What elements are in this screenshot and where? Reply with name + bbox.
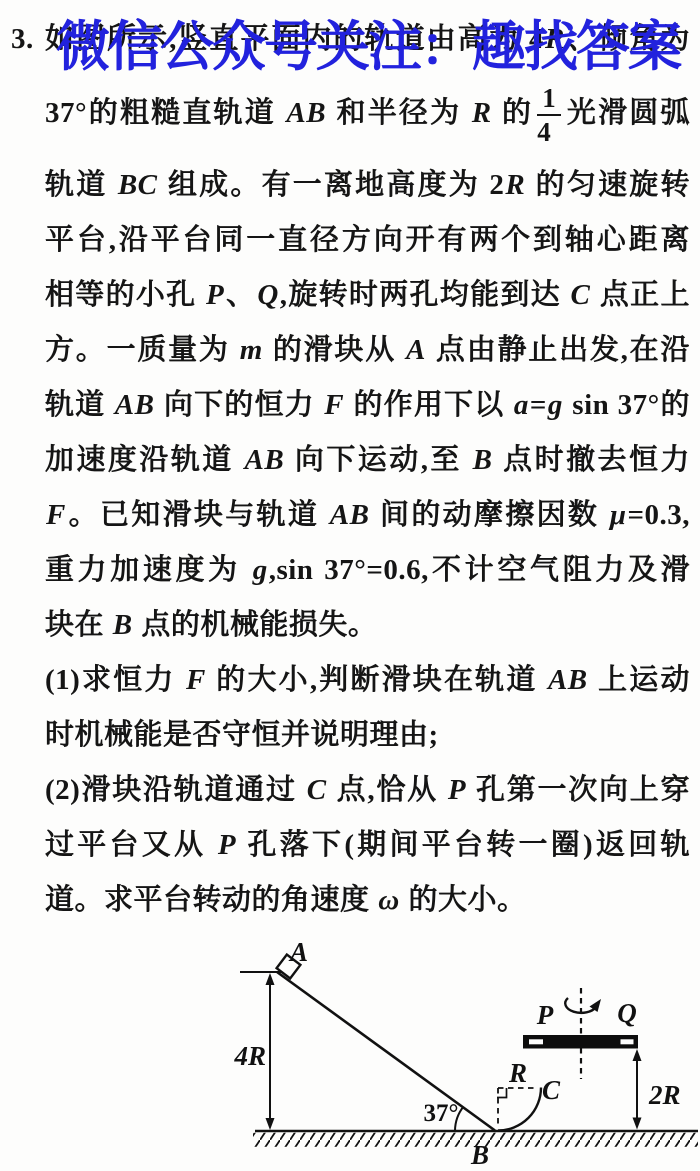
text-line-3: 轨道 BC 组成。有一离地高度为 2R 的匀速旋转 (45, 158, 690, 213)
label-c: C (542, 1075, 561, 1105)
fraction-denominator: 4 (537, 116, 561, 147)
problem-number: 3. (11, 10, 34, 68)
text-line-10: 重力加速度为 g,sin 37°=0.6,不计空气阻力及滑 (45, 543, 690, 598)
line-11-text: 块在 B 点的机械能损失。 (45, 609, 377, 641)
label-p: P (536, 1000, 554, 1030)
line-8-text: 加速度沿轨道 AB 向下运动,至 B 点时撤去恒力 (45, 444, 690, 476)
rotation-arrow-icon (565, 998, 601, 1013)
text-line-11: 块在 B 点的机械能损失。 (45, 598, 690, 653)
label-q: Q (617, 998, 637, 1028)
line-4-text: 平台,沿平台同一直径方向开有两个到轴心距离 (45, 224, 690, 256)
line-10-text: 重力加速度为 g,sin 37°=0.6,不计空气阻力及滑 (45, 554, 690, 586)
line-7-text: 轨道 AB 向下的恒力 F 的作用下以 a=g sin 37°的 (45, 389, 690, 421)
line-2-pre: 37°的粗糙直轨道 AB 和半径为 R 的 (45, 97, 533, 129)
hole-q (621, 1039, 634, 1044)
arc-bc (498, 1088, 541, 1131)
hole-p (529, 1039, 543, 1044)
watermark-text: 微信公众号关注：趣找答案 (56, 4, 680, 81)
text-line-4: 平台,沿平台同一直径方向开有两个到轴心距离 (45, 213, 690, 268)
text-line-15: 过平台又从 P 孔落下(期间平台转一圈)返回轨 (45, 818, 690, 873)
line-16-text: 道。求平台转动的角速度 ω 的大小。 (45, 884, 527, 916)
line-14-text: (2)滑块沿轨道通过 C 点,恰从 P 孔第一次向上穿 (45, 774, 690, 806)
label-a: A (288, 937, 308, 967)
line-2-post: 光滑圆弧 (565, 97, 690, 129)
label-2r: 2R (648, 1080, 681, 1110)
line-6-text: 方。一质量为 m 的滑块从 A 点由静止出发,在沿 (45, 334, 690, 366)
line-12-text: (1)求恒力 F 的大小,判断滑块在轨道 AB 上运动 (45, 664, 690, 696)
line-13-text: 时机械能是否守恒并说明理由; (45, 719, 439, 751)
angle-label: 37° (424, 1100, 459, 1127)
height-arrow-2r (633, 1049, 642, 1130)
physics-diagram: A 4R 37° R C P Q 2R B (0, 915, 700, 1171)
problem-text: 3.如图所示,竖直平面内的轨道由高为 4R、倾角为 37°的粗糙直轨道 AB 和… (0, 10, 700, 928)
text-line-13: 时机械能是否守恒并说明理由; (45, 708, 690, 763)
text-line-14: (2)滑块沿轨道通过 C 点,恰从 P 孔第一次向上穿 (45, 763, 690, 818)
fraction-one-fourth: 14 (537, 83, 561, 147)
text-line-8: 加速度沿轨道 AB 向下运动,至 B 点时撤去恒力 (45, 433, 690, 488)
fraction-numerator: 1 (537, 83, 561, 116)
height-arrow-4r (266, 973, 275, 1130)
label-r: R (508, 1058, 527, 1088)
line-15-text: 过平台又从 P 孔落下(期间平台转一圈)返回轨 (45, 829, 690, 861)
text-line-6: 方。一质量为 m 的滑块从 A 点由静止出发,在沿 (45, 323, 690, 378)
line-5-text: 相等的小孔 P、Q,旋转时两孔均能到达 C 点正上 (45, 279, 690, 311)
text-line-16: 道。求平台转动的角速度 ω 的大小。 (45, 873, 690, 928)
text-line-5: 相等的小孔 P、Q,旋转时两孔均能到达 C 点正上 (45, 268, 690, 323)
line-3-text: 轨道 BC 组成。有一离地高度为 2R 的匀速旋转 (45, 169, 690, 201)
text-line-9: F。已知滑块与轨道 AB 间的动摩擦因数 μ=0.3, (45, 488, 690, 543)
text-line-7: 轨道 AB 向下的恒力 F 的作用下以 a=g sin 37°的 (45, 378, 690, 433)
label-4r: 4R (233, 1041, 266, 1071)
label-b: B (470, 1140, 489, 1170)
line-9-text: F。已知滑块与轨道 AB 间的动摩擦因数 μ=0.3, (45, 499, 690, 531)
text-line-2: 37°的粗糙直轨道 AB 和半径为 R 的14光滑圆弧 (45, 68, 690, 158)
text-line-12: (1)求恒力 F 的大小,判断滑块在轨道 AB 上运动 (45, 653, 690, 708)
